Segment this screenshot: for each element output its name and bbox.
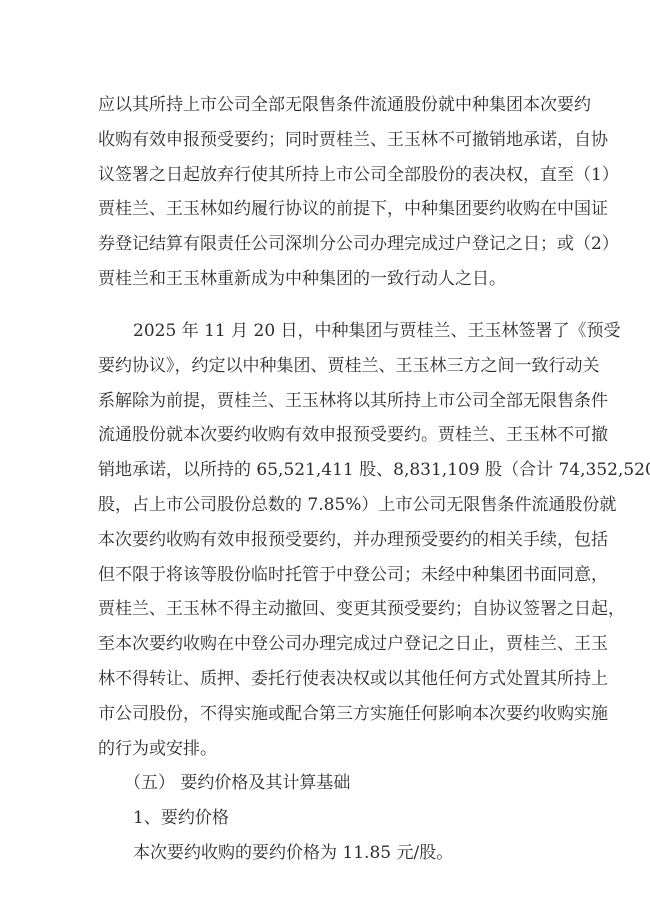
text-line: 本次要约收购有效申报预受要约，并办理预受要约的相关手续，包括 bbox=[98, 523, 554, 558]
section-heading: （五） 要约价格及其计算基础 bbox=[124, 766, 350, 801]
text-line: 系解除为前提，贾桂兰、王玉林将以其所持上市公司全部无限售条件 bbox=[98, 384, 554, 419]
text-line: 林不得转让、质押、委托行使表决权或以其他任何方式处置其所持上 bbox=[98, 662, 554, 697]
text-line: 收购有效申报预受要约；同时贾桂兰、王玉林不可撤销地承诺，自协 bbox=[98, 123, 554, 158]
text-line: 至本次要约收购在中登公司办理完成过户登记之日止，贾桂兰、王玉 bbox=[98, 627, 554, 662]
text-line: 的行为或安排。 bbox=[98, 732, 217, 767]
text-line: 2025 年 11 月 20 日，中种集团与贾桂兰、王玉林签署了《预受 bbox=[133, 314, 554, 349]
text-line: 流通股份就本次要约收购有效申报预受要约。贾桂兰、王玉林不可撤 bbox=[98, 418, 554, 453]
text-line: 议签署之日起放弃行使其所持上市公司全部股份的表决权，直至（1） bbox=[98, 158, 554, 193]
text-line: 股，占上市公司股份总数的 7.85%）上市公司无限售条件流通股份就 bbox=[98, 488, 554, 523]
price-statement: 本次要约收购的要约价格为 11.85 元/股。 bbox=[133, 836, 453, 871]
text-line: 券登记结算有限责任公司深圳分公司办理完成过户登记之日；或（2） bbox=[98, 227, 554, 262]
subsection-heading: 1、要约价格 bbox=[133, 801, 229, 836]
text-line: 市公司股份，不得实施或配合第三方实施任何影响本次要约收购实施 bbox=[98, 697, 554, 732]
text-line: 应以其所持上市公司全部无限售条件流通股份就中种集团本次要约 bbox=[98, 88, 554, 123]
text-line: 贾桂兰、王玉林不得主动撤回、变更其预受要约；自协议签署之日起， bbox=[98, 592, 554, 627]
text-line: 但不限于将该等股份临时托管于中登公司；未经中种集团书面同意， bbox=[98, 558, 554, 593]
text-line: 销地承诺，以所持的 65,521,411 股、8,831,109 股（合计 74… bbox=[98, 453, 554, 488]
text-line: 贾桂兰、王玉林如约履行协议的前提下，中种集团要约收购在中国证 bbox=[98, 192, 554, 227]
text-line: 要约协议》，约定以中种集团、贾桂兰、王玉林三方之间一致行动关 bbox=[98, 349, 554, 384]
text-line: 贾桂兰和王玉林重新成为中种集团的一致行动人之日。 bbox=[98, 262, 506, 297]
